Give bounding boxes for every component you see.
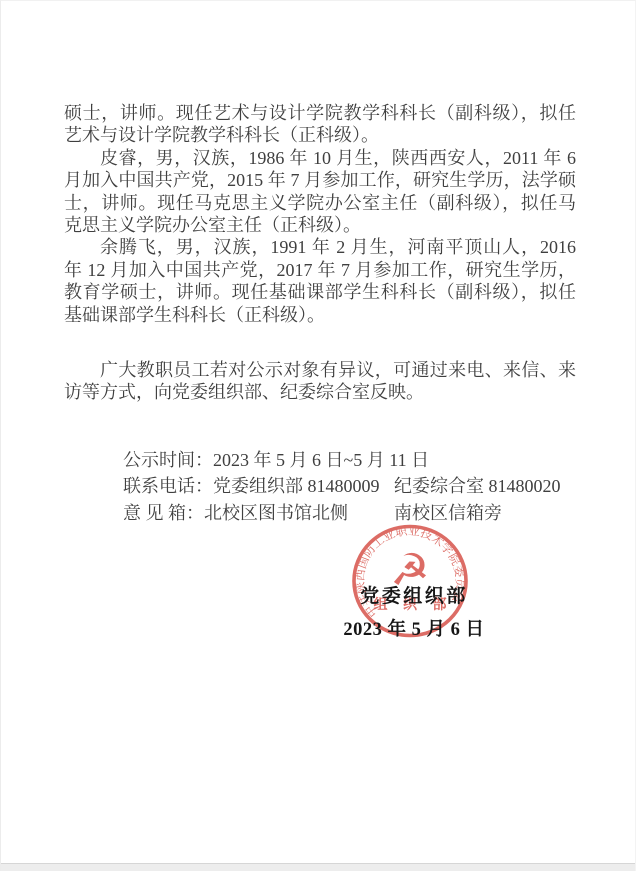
phone-org-dept: 党委组织部 81480009 (213, 476, 380, 496)
publicity-period-label: 公示时间： (123, 450, 213, 470)
signature-department: 党委组织部 (321, 581, 507, 608)
signature-date: 2023 年 5 月 6 日 (321, 615, 507, 641)
mailbox-label: 意 见 箱： (123, 503, 204, 523)
contact-block: 公示时间：2023 年 5 月 6 日~5 月 11 日 联系电话：党委组织部 … (123, 447, 593, 526)
mailbox-south-campus: 南校区信箱旁 (394, 500, 502, 526)
phone-discipline-office: 纪委综合室 81480020 (394, 473, 561, 499)
page-bottom-edge (1, 863, 635, 871)
mailbox-line: 意 见 箱：北校区图书馆北侧 南校区信箱旁 (123, 500, 593, 526)
paragraph-continuation: 硕士，讲师。现任艺术与设计学院教学科科长（副科级），拟任艺术与设计学院教学科科长… (64, 102, 576, 147)
paragraph-pi-rui: 皮睿，男，汉族，1986 年 10 月生，陕西西安人，2011 年 6 月加入中… (64, 147, 576, 237)
document-body: 硕士，讲师。现任艺术与设计学院教学科科长（副科级），拟任艺术与设计学院教学科科长… (64, 102, 576, 404)
feedback-paragraph: 广大教职员工若对公示对象有异议，可通过来电、来信、来访等方式，向党委组织部、纪委… (64, 359, 576, 404)
publicity-period-value: 2023 年 5 月 6 日~5 月 11 日 (213, 450, 429, 470)
signature-block: 党委组织部 2023 年 5 月 6 日 (321, 581, 507, 641)
paragraph-yu-tengfei: 余腾飞，男，汉族，1991 年 2 月生，河南平顶山人，2016 年 12 月加… (64, 236, 576, 326)
document-page: 硕士，讲师。现任艺术与设计学院教学科科长（副科级），拟任艺术与设计学院教学科科长… (0, 0, 636, 871)
publicity-period-line: 公示时间：2023 年 5 月 6 日~5 月 11 日 (123, 447, 593, 473)
mailbox-north-campus: 北校区图书馆北侧 (204, 503, 348, 523)
phone-line: 联系电话：党委组织部 81480009 纪委综合室 81480020 (123, 473, 593, 499)
phone-label: 联系电话： (123, 476, 213, 496)
